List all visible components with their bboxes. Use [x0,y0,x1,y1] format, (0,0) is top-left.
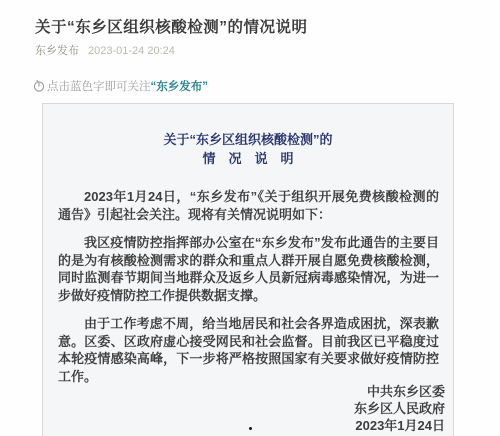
article-meta: 东乡发布 2023-01-24 20:24 [35,42,175,58]
notice-paragraph: 2023年1月24日，“东乡发布”《关于组织开展免费核酸检测的通告》引起社会关注… [43,188,453,223]
follow-prompt-text: 点击蓝色字即可关注 [47,78,151,94]
notice-title-line2: 情况说明 [43,149,453,168]
follow-account-link[interactable]: “东乡发布” [151,78,209,94]
notice-body: 2023年1月24日，“东乡发布”《关于组织开展免费核酸检测的通告》引起社会关注… [43,188,453,385]
article-title: 关于“东乡区组织核酸检测”的情况说明 [35,15,475,37]
notice-panel: 关于“东乡区组织核酸检测”的 情况说明 2023年1月24日，“东乡发布”《关于… [42,103,454,436]
signature-date: 2023年1月24日 [354,417,445,434]
publish-timestamp: 2023-01-24 20:24 [88,45,175,57]
signature-org-1: 中共东乡区委 [354,383,445,400]
stray-dot-artifact [249,427,252,430]
notice-title-line1: 关于“东乡区组织核酸检测”的 [43,130,453,149]
clock-icon [33,80,45,92]
notice-paragraph: 由于工作考虑不周，给当地居民和社会各界造成困扰，深表歉意。区委、区政府虚心接受网… [43,315,453,385]
notice-title: 关于“东乡区组织核酸检测”的 情况说明 [43,130,453,168]
follow-prompt-row: 点击蓝色字即可关注 “东乡发布” [33,78,208,94]
signature-org-2: 东乡区人民政府 [354,400,445,417]
notice-signature: 中共东乡区委 东乡区人民政府 2023年1月24日 [354,383,445,434]
source-account-link[interactable]: 东乡发布 [35,42,79,58]
notice-paragraph: 我区疫情防控指挥部办公室在“东乡发布”发布此通告的主要目的是为有核酸检测需求的群… [43,234,453,304]
article-page: 关于“东乡区组织核酸检测”的情况说明 东乡发布 2023-01-24 20:24… [0,0,500,436]
